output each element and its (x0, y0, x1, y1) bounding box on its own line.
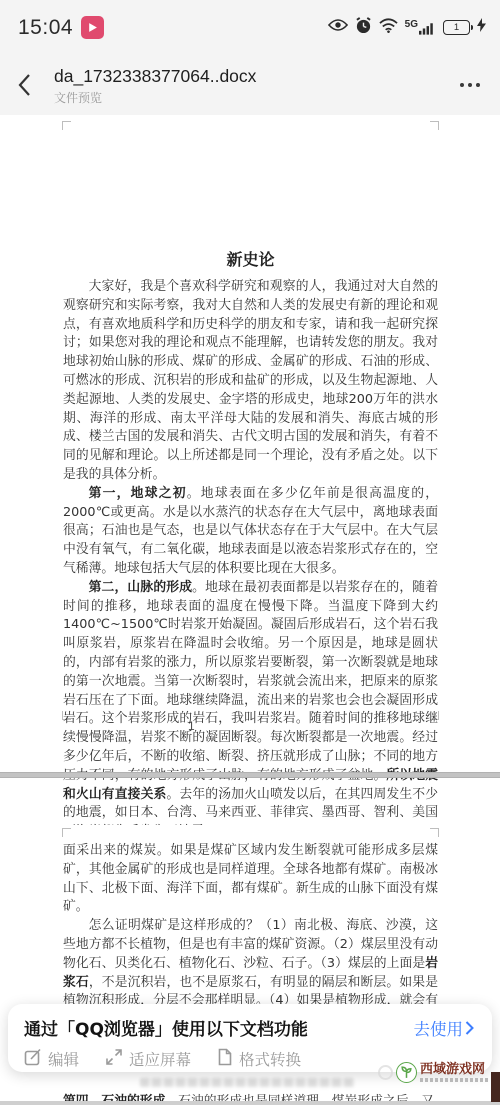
watermark-edge-block (491, 1072, 500, 1102)
charging-bolt-icon (477, 18, 486, 37)
watermark-text: 西域游戏网 (420, 1063, 490, 1076)
blurred-text-line (140, 1078, 355, 1087)
fit-screen-icon (105, 1048, 123, 1070)
document-icon (217, 1048, 233, 1070)
eye-icon (328, 18, 348, 37)
document-paragraph: 面采出来的煤炭。如果是煤矿区域内发生断裂就可能形成多层煤矿，其他金属矿的形成也是… (63, 842, 438, 917)
page-corner-mark (62, 121, 71, 130)
promo-title: 通过「QQ浏览器」使用以下文档功能 (24, 1015, 308, 1040)
document-page-1: 新史论 大家好，我是个喜欢科学研究和观察的人，我通过对大自然的观察研究和实际考察… (63, 247, 438, 825)
document-paragraph: 第二，山脉的形成。地球在最初表面都是以岩浆存在的，随着时间的推移，地球表面的温度… (63, 579, 438, 825)
file-subtitle: 文件预览 (54, 89, 458, 106)
edit-button[interactable]: 编辑 (24, 1048, 79, 1070)
document-paragraph: 第一，地球之初。地球表面在多少亿年前是很高温度的，2000℃或更高。水是以水蒸汽… (63, 485, 438, 579)
more-options-button[interactable] (458, 75, 483, 96)
watermark-logo-icon (396, 1062, 417, 1083)
watermark-ghost-icon (378, 1065, 393, 1080)
page2-paragraphs: 面采出来的煤炭。如果是煤矿区域内发生断裂就可能形成多层煤矿，其他金属矿的形成也是… (63, 842, 438, 1004)
phone-screen: 15:04 5G 1 (0, 0, 500, 1105)
back-button[interactable] (18, 72, 44, 98)
app-header: da_1732338377064..docx 文件预览 (0, 55, 500, 115)
page1-paragraphs: 大家好，我是个喜欢科学研究和观察的人，我通过对大自然的观察研究和实际考察，我对大… (63, 278, 438, 825)
file-title: da_1732338377064..docx (54, 66, 458, 87)
document-paragraph: 大家好，我是个喜欢科学研究和观察的人，我通过对大自然的观察研究和实际考察，我对大… (63, 278, 438, 485)
bottom-page-edge (0, 1101, 500, 1105)
site-watermark: 西域游戏网 (378, 1062, 490, 1083)
battery-icon: 1 (443, 20, 470, 35)
page-corner-mark (430, 828, 439, 837)
signal-5g-icon: 5G (405, 21, 436, 35)
document-page-2: 面采出来的煤炭。如果是煤矿区域内发生断裂就可能形成多层煤矿，其他金属矿的形成也是… (63, 842, 438, 1004)
alarm-icon (355, 17, 372, 39)
watermark-subtext-bar (420, 1078, 490, 1082)
wifi-icon (379, 18, 398, 38)
battery-level: 1 (454, 22, 459, 33)
page-corner-mark (62, 828, 71, 837)
fit-screen-button[interactable]: 适应屏幕 (105, 1048, 191, 1070)
document-preview[interactable]: 新史论 大家好，我是个喜欢科学研究和观察的人，我通过对大自然的观察研究和实际考察… (0, 115, 500, 1105)
format-convert-button[interactable]: 格式转换 (217, 1048, 301, 1070)
use-now-button[interactable]: 去使用 (414, 1016, 475, 1040)
document-title: 新史论 (63, 247, 438, 270)
document-paragraph: 怎么证明煤矿是这样形成的？（1）南北极、海底、沙漠，这些地方都不长植物，但是也有… (63, 917, 438, 1004)
page-number: 1 (188, 719, 195, 733)
page-break-separator (0, 772, 500, 778)
screen-record-icon (81, 16, 104, 39)
page-corner-mark (430, 121, 439, 130)
edit-icon (24, 1048, 42, 1070)
status-bar: 15:04 5G 1 (0, 0, 500, 55)
status-time: 15:04 (18, 16, 73, 40)
